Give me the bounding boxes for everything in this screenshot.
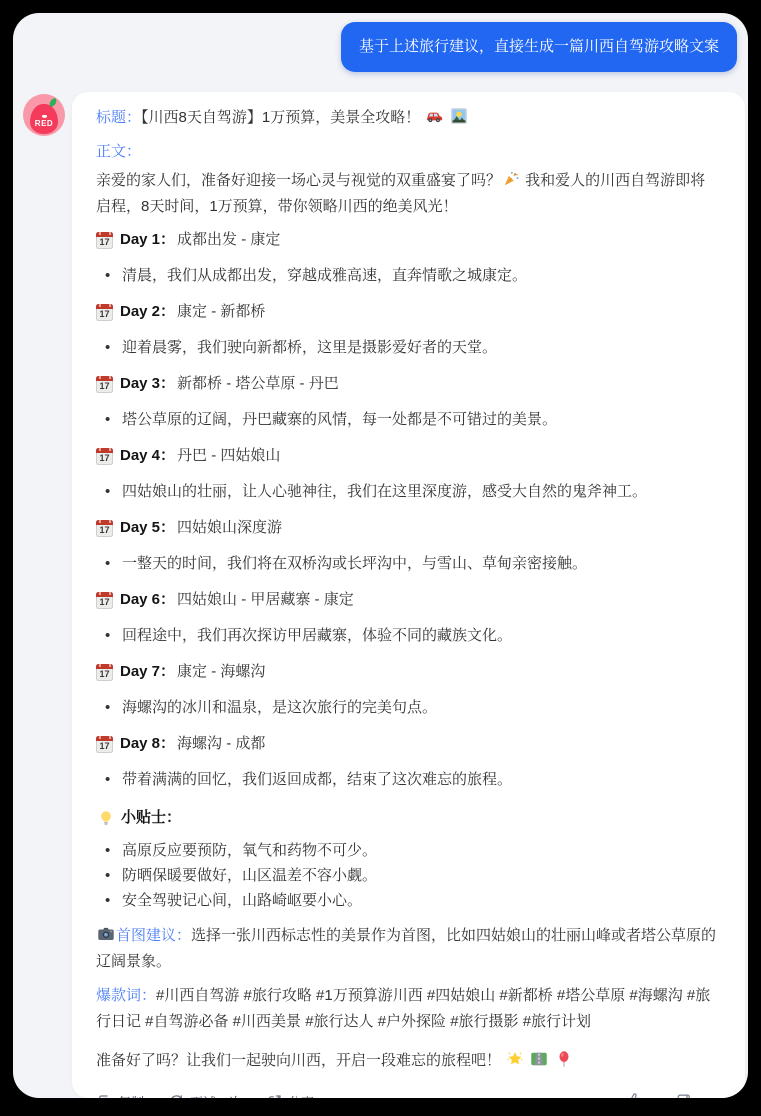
assistant-response-card: 标题：【川西8天自驾游】1万预算，美景全攻略！ 正文： 亲爱的家人们，准备好迎接… <box>72 92 745 1098</box>
day-1-note: 清晨，我们从成都出发，穿越成雅高速，直奔情歌之城康定。 <box>96 264 719 288</box>
assistant-message-row: RED 标题：【川西8天自驾游】1万预算，美景全攻略！ 正文： 亲爱的家人们，准… <box>13 92 748 1098</box>
calendar-icon: 17 <box>96 592 113 609</box>
day-5-note: 一整天的时间，我们将在双桥沟或长坪沟中，与雪山、草甸亲密接触。 <box>96 552 719 576</box>
hashtags-label: 爆款词： <box>96 987 156 1004</box>
retry-icon <box>168 1093 185 1099</box>
day-8-note: 带着满满的回忆，我们返回成都，结束了这次难忘的旅程。 <box>96 768 719 792</box>
day-5-heading: 17Day 5：四姑娘山深度游 <box>96 516 719 540</box>
car-emoji <box>425 107 443 125</box>
day-3-note: 塔公草原的辽阔，丹巴藏寨的风情，每一处都是不可错过的美景。 <box>96 408 719 432</box>
day-2-note: 迎着晨雾，我们驶向新都桥，这里是摄影爱好者的天堂。 <box>96 336 719 360</box>
leaf-icon <box>48 98 58 107</box>
day-6-note: 回程途中，我们再次探访甲居藏寨，体验不同的藏族文化。 <box>96 624 719 648</box>
calendar-icon: 17 <box>96 376 113 393</box>
day-4-heading: 17Day 4：丹巴 - 四姑娘山 <box>96 444 719 468</box>
assistant-avatar: RED <box>23 94 65 136</box>
user-message-row: 基于上述旅行建议，直接生成一篇川西自驾游攻略文案 <box>13 22 737 72</box>
glowing-star-emoji <box>506 1050 524 1068</box>
day-7-note: 海螺沟的冰川和温泉，是这次旅行的完美句点。 <box>96 696 719 720</box>
thumbs-down-icon[interactable] <box>673 1091 693 1098</box>
day-4-note: 四姑娘山的壮丽，让人心驰神往，我们在这里深度游，感受大自然的鬼斧神工。 <box>96 480 719 504</box>
tip-item: 安全驾驶记心间，山路崎岖要小心。 <box>96 888 719 913</box>
calendar-icon: 17 <box>96 232 113 249</box>
chat-window: 基于上述旅行建议，直接生成一篇川西自驾游攻略文案 RED 标题：【川西8天自驾游… <box>13 13 748 1098</box>
party-popper-emoji <box>502 170 520 188</box>
cover-label: 首图建议： <box>116 927 191 944</box>
hashtags-paragraph: 爆款词：#川西自驾游 #旅行攻略 #1万预算游川西 #四姑娘山 #新都桥 #塔公… <box>96 983 719 1035</box>
share-icon <box>266 1093 283 1099</box>
camera-emoji <box>97 925 115 943</box>
tip-item: 高原反应要预防，氧气和药物不可少。 <box>96 838 719 863</box>
day-2-heading: 17Day 2：康定 - 新都桥 <box>96 300 719 324</box>
day-8-heading: 17Day 8：海螺沟 - 成都 <box>96 732 719 756</box>
calendar-icon: 17 <box>96 520 113 537</box>
calendar-icon: 17 <box>96 736 113 753</box>
balloon-emoji <box>555 1050 573 1068</box>
calendar-icon: 17 <box>96 664 113 681</box>
body-label: 正文： <box>96 140 719 164</box>
day-3-heading: 17Day 3：新都桥 - 塔公草原 - 丹巴 <box>96 372 719 396</box>
retry-button[interactable]: 再试一次 <box>168 1092 242 1099</box>
day-6-heading: 17Day 6：四姑娘山 - 甲居藏寨 - 康定 <box>96 588 719 612</box>
tip-item: 防晒保暖要做好，山区温差不容小觑。 <box>96 863 719 888</box>
intro-paragraph: 亲爱的家人们，准备好迎接一场心灵与视觉的双重盛宴了吗？ 我和爱人的川西自驾游即将… <box>96 168 719 220</box>
calendar-icon: 17 <box>96 448 113 465</box>
mascot-mouth <box>42 115 47 118</box>
closing-line: 准备好了吗？让我们一起驶向川西，开启一段难忘的旅程吧！ <box>96 1049 719 1073</box>
title-label: 标题： <box>96 109 141 126</box>
motorway-emoji <box>530 1050 548 1068</box>
avatar-label: RED <box>23 119 65 128</box>
calendar-icon: 17 <box>96 304 113 321</box>
post-title-line: 标题：【川西8天自驾游】1万预算，美景全攻略！ <box>96 106 719 130</box>
cover-suggestion-paragraph: 首图建议：选择一张川西标志性的美景作为首图，比如四姑娘山的壮丽山峰或者塔公草原的… <box>96 923 719 975</box>
day-7-heading: 17Day 7：康定 - 海螺沟 <box>96 660 719 684</box>
sunrise-emoji <box>450 107 468 125</box>
message-action-bar: 复制 再试一次 分享 <box>96 1081 719 1098</box>
light-bulb-emoji <box>97 809 115 827</box>
thumbs-up-icon[interactable] <box>625 1091 645 1098</box>
share-button[interactable]: 分享 <box>266 1092 314 1099</box>
day-1-heading: 17Day 1：成都出发 - 康定 <box>96 228 719 252</box>
user-message-bubble: 基于上述旅行建议，直接生成一篇川西自驾游攻略文案 <box>341 22 737 72</box>
tips-list: 高原反应要预防，氧气和药物不可少。 防晒保暖要做好，山区温差不容小觑。 安全驾驶… <box>96 838 719 913</box>
tips-heading: 小贴士： <box>96 806 719 830</box>
feedback-group <box>625 1091 719 1098</box>
copy-icon <box>96 1093 113 1099</box>
title-text: 【川西8天自驾游】1万预算，美景全攻略！ <box>141 109 420 126</box>
copy-button[interactable]: 复制 <box>96 1092 144 1099</box>
